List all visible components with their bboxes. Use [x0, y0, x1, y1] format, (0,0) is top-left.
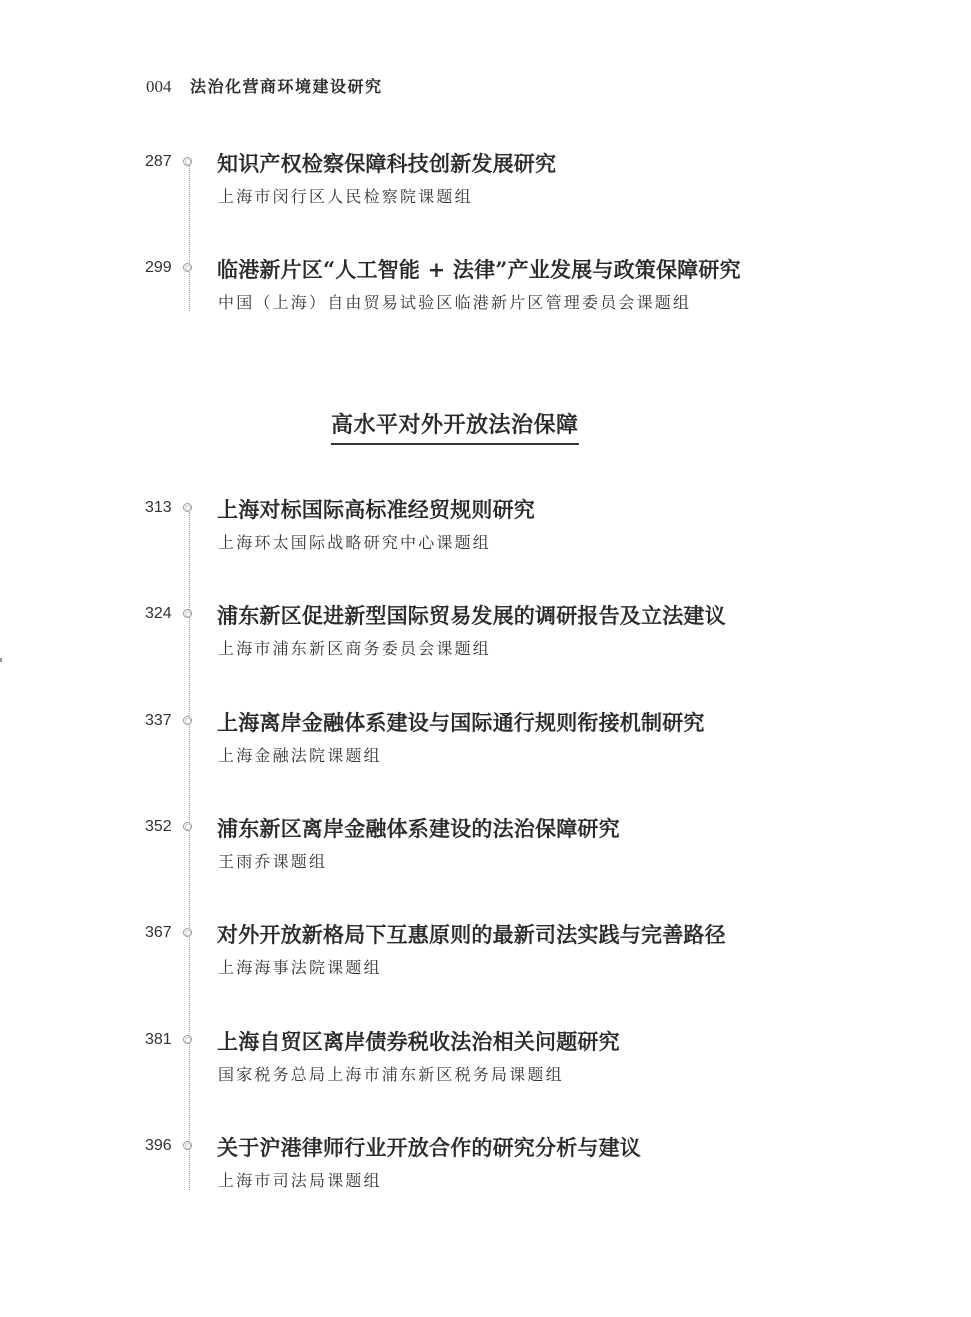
- circle-bullet-icon: [183, 1035, 192, 1044]
- toc-entry-title[interactable]: 上海对标国际高标准经贸规则研究: [217, 494, 535, 524]
- circle-bullet-icon: [183, 716, 192, 725]
- toc-entry-author: 上海海事法院课题组: [218, 955, 382, 978]
- toc-entry-title[interactable]: 对外开放新格局下互惠原则的最新司法实践与完善路径: [217, 919, 726, 949]
- toc-page-number: 287: [145, 153, 172, 171]
- toc-entry-title[interactable]: 浦东新区离岸金融体系建设的法治保障研究: [217, 813, 620, 843]
- toc-page-number: 396: [145, 1137, 172, 1155]
- toc-entry[interactable]: 299 临港新片区“人工智能 + 法律”产业发展与政策保障研究 中国（上海）自由…: [0, 256, 971, 326]
- toc-entry-author: 上海市浦东新区商务委员会课题组: [218, 636, 491, 659]
- toc-page-number: 337: [145, 712, 172, 730]
- toc-entry-author: 国家税务总局上海市浦东新区税务局课题组: [218, 1062, 564, 1085]
- circle-bullet-icon: [183, 157, 192, 166]
- toc-entry[interactable]: 287 知识产权检察保障科技创新发展研究 上海市闵行区人民检察院课题组: [0, 150, 971, 220]
- toc-entry[interactable]: 396 关于沪港律师行业开放合作的研究分析与建议 上海市司法局课题组: [0, 1134, 971, 1204]
- circle-bullet-icon: [183, 822, 192, 831]
- toc-entry[interactable]: 324 浦东新区促进新型国际贸易发展的调研报告及立法建议 上海市浦东新区商务委员…: [0, 602, 971, 672]
- toc-entry-author: 上海市司法局课题组: [218, 1168, 382, 1191]
- toc-page-number: 324: [145, 605, 172, 623]
- toc-entry-title[interactable]: 浦东新区促进新型国际贸易发展的调研报告及立法建议: [217, 600, 726, 630]
- circle-bullet-icon: [183, 503, 192, 512]
- toc-entry-author: 上海环太国际战略研究中心课题组: [218, 530, 491, 553]
- toc-entry-title[interactable]: 临港新片区“人工智能 + 法律”产业发展与政策保障研究: [217, 254, 741, 284]
- toc-page-number: 299: [145, 259, 172, 277]
- page-edge-mark: [0, 658, 2, 662]
- toc-entry-title[interactable]: 关于沪港律师行业开放合作的研究分析与建议: [217, 1132, 641, 1162]
- circle-bullet-icon: [183, 1141, 192, 1150]
- toc-entry-title[interactable]: 上海离岸金融体系建设与国际通行规则衔接机制研究: [217, 707, 705, 737]
- toc-page-number: 313: [145, 499, 172, 517]
- toc-page-number: 352: [145, 818, 172, 836]
- toc-page-number: 381: [145, 1031, 172, 1049]
- toc-entry-author: 中国（上海）自由贸易试验区临港新片区管理委员会课题组: [218, 290, 691, 313]
- toc-entry[interactable]: 367 对外开放新格局下互惠原则的最新司法实践与完善路径 上海海事法院课题组: [0, 921, 971, 991]
- toc-entry-author: 王雨乔课题组: [218, 849, 327, 872]
- toc-entry[interactable]: 381 上海自贸区离岸债券税收法治相关问题研究 国家税务总局上海市浦东新区税务局…: [0, 1028, 971, 1098]
- toc-page-number: 367: [145, 924, 172, 942]
- running-title: 法治化营商环境建设研究: [190, 74, 383, 97]
- toc-entry[interactable]: 337 上海离岸金融体系建设与国际通行规则衔接机制研究 上海金融法院课题组: [0, 709, 971, 779]
- toc-entry-author: 上海市闵行区人民检察院课题组: [218, 184, 473, 207]
- toc-entry[interactable]: 313 上海对标国际高标准经贸规则研究 上海环太国际战略研究中心课题组: [0, 496, 971, 566]
- circle-bullet-icon: [183, 609, 192, 618]
- circle-bullet-icon: [183, 263, 192, 272]
- toc-entry-author: 上海金融法院课题组: [218, 743, 382, 766]
- page-number: 004: [146, 77, 190, 97]
- circle-bullet-icon: [183, 928, 192, 937]
- toc-entry[interactable]: 352 浦东新区离岸金融体系建设的法治保障研究 王雨乔课题组: [0, 815, 971, 885]
- toc-entry-title[interactable]: 知识产权检察保障科技创新发展研究: [217, 148, 556, 178]
- section-heading: 高水平对外开放法治保障: [331, 408, 579, 445]
- toc-entry-title[interactable]: 上海自贸区离岸债券税收法治相关问题研究: [217, 1026, 620, 1056]
- running-header: 004 法治化营商环境建设研究: [146, 74, 383, 97]
